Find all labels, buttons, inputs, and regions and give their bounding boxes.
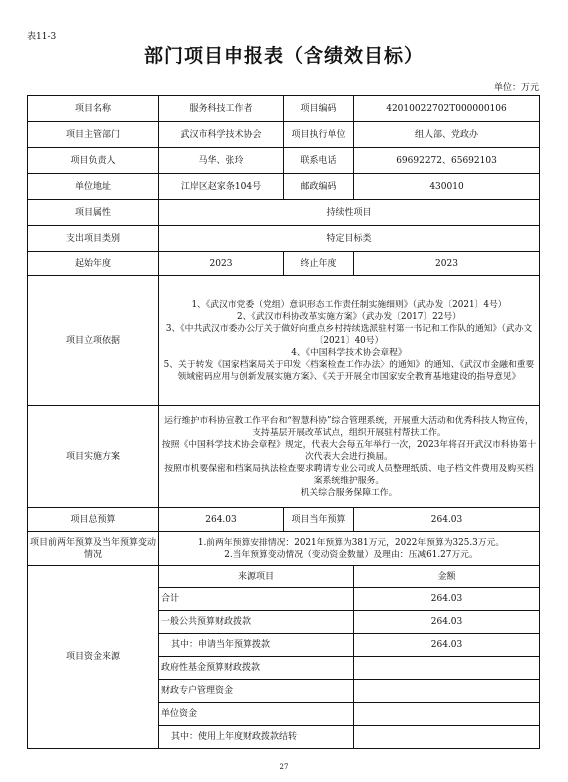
row-budget-change: 项目前两年预算及当年预算变动情况 1.前两年预算安排情况：2021年预算为381…	[28, 532, 540, 566]
row-project-name: 项目名称 服务科技工作者 项目编码 42010022702T000000106	[28, 96, 540, 122]
row-address: 单位地址 江岸区赵家条104号 邮政编码 430010	[28, 174, 540, 200]
value-attribute: 持续性项目	[159, 200, 540, 226]
basis-line: 5、关于转发《国家档案局关于印发〈档案检查工作办法〉的通知》的通知、《武汉市金融…	[161, 359, 537, 383]
label-funding: 项目资金来源	[28, 566, 159, 749]
label-postcode: 邮政编码	[284, 174, 354, 200]
funding-amount	[354, 703, 540, 726]
basis-line: 1、《武汉市党委（党组）意识形态工作责任制实施细则》（武办发〔2021〕4号）	[161, 299, 537, 311]
value-dept: 武汉市科学技术协会	[159, 122, 284, 148]
value-leader: 马华、张玲	[159, 148, 284, 174]
budget-change-content: 1.前两年预算安排情况：2021年预算为381万元，2022年预算为325.3万…	[159, 532, 540, 566]
row-budget-total: 项目总预算 264.03 项目当年预算 264.03	[28, 508, 540, 532]
basis-content: 1、《武汉市党委（党组）意识形态工作责任制实施细则》（武办发〔2021〕4号） …	[159, 276, 540, 406]
plan-line: 机关综合服务保障工作。	[161, 487, 537, 499]
project-application-table: 项目名称 服务科技工作者 项目编码 42010022702T000000106 …	[27, 95, 540, 749]
plan-line: 按照市机要保密和档案局执法检查要求聘请专业公司或人员整理纸质、电子档文件费用及购…	[161, 463, 537, 487]
label-dept: 项目主管部门	[28, 122, 159, 148]
basis-line: 4、《中国科学技术协会章程》	[161, 347, 537, 359]
value-start-year: 2023	[159, 252, 284, 276]
header-source: 来源项目	[159, 566, 354, 588]
label-start-year: 起始年度	[28, 252, 159, 276]
funding-source: 单位资金	[159, 703, 354, 726]
label-attribute: 项目属性	[28, 200, 159, 226]
label-exec-unit: 项目执行单位	[284, 122, 354, 148]
label-total-budget: 项目总预算	[28, 508, 159, 532]
label-current-budget: 项目当年预算	[284, 508, 354, 532]
value-address: 江岸区赵家条104号	[159, 174, 284, 200]
plan-line: 按照《中国科学技术协会章程》规定，代表大会每五年举行一次，2023年将召开武汉市…	[161, 439, 537, 463]
funding-source: 一般公共预算财政拨款	[159, 611, 354, 634]
funding-source: 其中：使用上年度财政拨款结转	[159, 726, 354, 749]
header-amount: 金额	[354, 566, 540, 588]
label-address: 单位地址	[28, 174, 159, 200]
row-attribute: 项目属性 持续性项目	[28, 200, 540, 226]
unit-label: 单位：万元	[494, 80, 539, 93]
budget-change-line: 1.前两年预算安排情况：2021年预算为381万元，2022年预算为325.3万…	[165, 537, 537, 549]
label-plan: 项目实施方案	[28, 406, 159, 508]
label-basis: 项目立项依据	[28, 276, 159, 406]
row-leader: 项目负责人 马华、张玲 联系电话 69692272、65692103	[28, 148, 540, 174]
budget-change-line: 2.当年预算变动情况（变动资金数量）及理由：压减61.27万元。	[165, 549, 537, 561]
label-project-name: 项目名称	[28, 96, 159, 122]
funding-amount	[354, 726, 540, 749]
value-category: 特定目标类	[159, 226, 540, 252]
value-total-budget: 264.03	[159, 508, 284, 532]
funding-amount: 264.03	[354, 611, 540, 634]
row-years: 起始年度 2023 终止年度 2023	[28, 252, 540, 276]
label-project-code: 项目编码	[284, 96, 354, 122]
value-current-budget: 264.03	[354, 508, 540, 532]
label-leader: 项目负责人	[28, 148, 159, 174]
row-funding-header: 项目资金来源 来源项目 金额	[28, 566, 540, 588]
plan-content: 运行维护市科协宣教工作平台和“智慧科协”综合管理系统，开展重大活动和优秀科技人物…	[159, 406, 540, 508]
value-end-year: 2023	[354, 252, 540, 276]
plan-line: 运行维护市科协宣教工作平台和“智慧科协”综合管理系统，开展重大活动和优秀科技人物…	[161, 415, 537, 439]
label-category: 支出项目类别	[28, 226, 159, 252]
funding-amount	[354, 680, 540, 703]
value-project-code: 42010022702T000000106	[354, 96, 540, 122]
label-end-year: 终止年度	[284, 252, 354, 276]
row-basis: 项目立项依据 1、《武汉市党委（党组）意识形态工作责任制实施细则》（武办发〔20…	[28, 276, 540, 406]
value-postcode: 430010	[354, 174, 540, 200]
value-exec-unit: 组人部、党政办	[354, 122, 540, 148]
value-project-name: 服务科技工作者	[159, 96, 284, 122]
row-plan: 项目实施方案 运行维护市科协宣教工作平台和“智慧科协”综合管理系统，开展重大活动…	[28, 406, 540, 508]
label-budget-change: 项目前两年预算及当年预算变动情况	[28, 532, 159, 566]
funding-amount: 264.03	[354, 634, 540, 657]
basis-line: 2、《武汉市科协改革实施方案》（武办发〔2017〕22号）	[161, 311, 537, 323]
row-category: 支出项目类别 特定目标类	[28, 226, 540, 252]
row-dept: 项目主管部门 武汉市科学技术协会 项目执行单位 组人部、党政办	[28, 122, 540, 148]
funding-source: 合计	[159, 588, 354, 611]
page-title: 部门项目申报表（含绩效目标）	[0, 41, 568, 68]
funding-amount	[354, 657, 540, 680]
label-phone: 联系电话	[284, 148, 354, 174]
basis-line: 3、《中共武汉市委办公厅关于做好向重点乡村持续选派驻村第一书记和工作队的通知》（…	[161, 323, 537, 347]
funding-source: 其中：申请当年预算拨款	[159, 634, 354, 657]
funding-source: 政府性基金预算财政拨款	[159, 657, 354, 680]
funding-source: 财政专户管理资金	[159, 680, 354, 703]
page-number: 27	[0, 763, 568, 771]
value-phone: 69692272、65692103	[354, 148, 540, 174]
funding-amount: 264.03	[354, 588, 540, 611]
